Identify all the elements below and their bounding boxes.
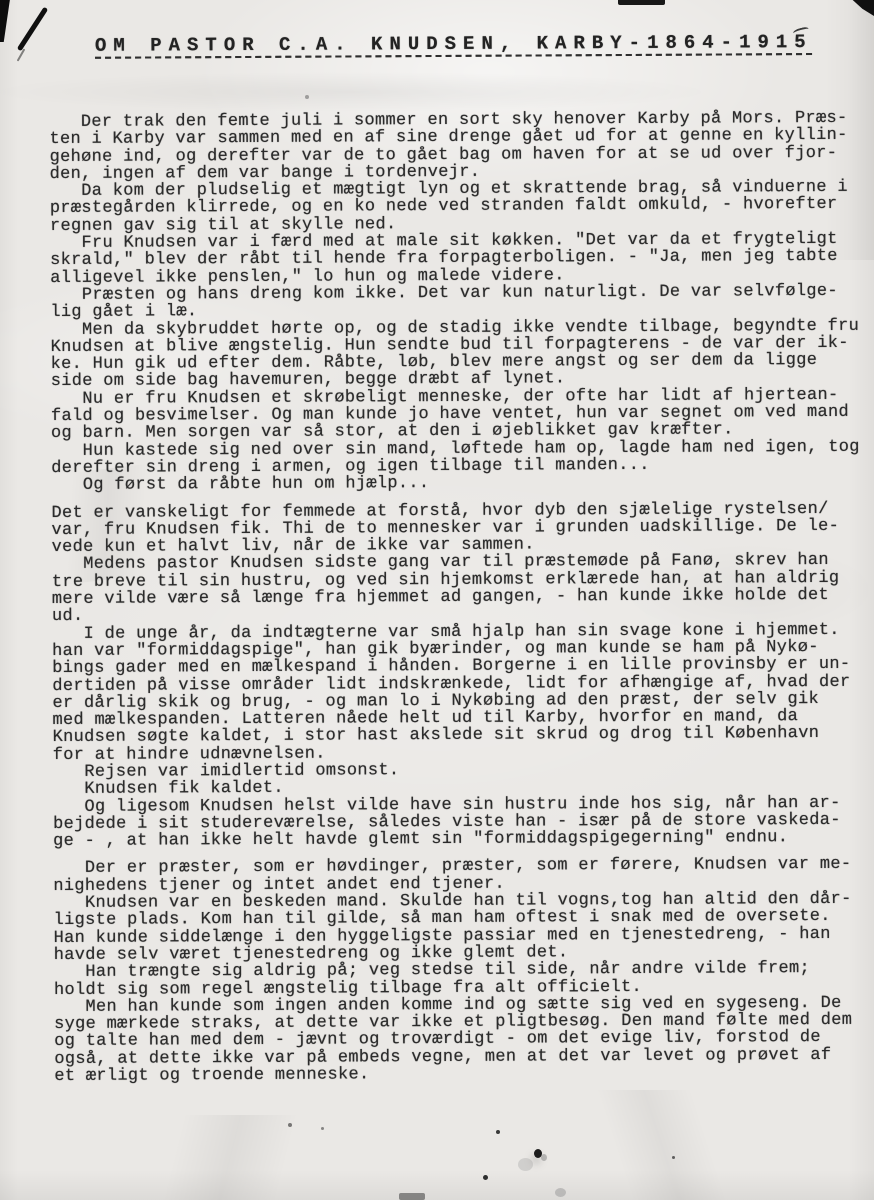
- paragraph: Men han kunde som ingen anden komme ind …: [54, 995, 874, 1086]
- paragraph: Det er vanskeligt for femmede at forstå,…: [51, 500, 874, 556]
- paragraph: Medens pastor Knudsen sidste gang var ti…: [52, 552, 874, 626]
- paragraph: Der trak den femte juli i sommer en sort…: [49, 110, 874, 184]
- paragraph: Der er præster, som er høvdinger, præste…: [53, 856, 874, 895]
- document-body: Der trak den femte juli i sommer en sort…: [49, 110, 874, 1086]
- paragraph: Og ligesom Knudsen helst vilde have sin …: [53, 794, 874, 850]
- paragraph: I de unge år, da indtægterne var små hja…: [52, 621, 874, 764]
- paragraph: Han trængte sig aldrig på; veg stedse ti…: [54, 960, 874, 999]
- paragraph: Da kom der pludselig et mægtigt lyn og e…: [50, 179, 874, 235]
- paragraph: Præsten og hans dreng kom ikke. Det var …: [50, 283, 874, 322]
- paragraph: Knudsen var en beskeden mand. Skulde han…: [53, 891, 874, 965]
- paragraph: Nu er fru Knudsen et skrøbeligt menneske…: [51, 386, 874, 442]
- paragraph: Men da skybruddet hørte op, og de stadig…: [50, 317, 874, 391]
- typed-content: OM PASTOR C.A. KNUDSEN, KARBY-1864-1915 …: [0, 0, 874, 1200]
- page-title: OM PASTOR C.A. KNUDSEN, KARBY-1864-1915: [95, 31, 813, 57]
- paragraph: Hun kastede sig ned over sin mand, løfte…: [51, 438, 874, 477]
- paragraph: Fru Knudsen var i færd med at male sit k…: [50, 231, 874, 287]
- paragraph: Og først da råbte hun om hjælp...: [51, 473, 874, 495]
- scanned-document-page: OM PASTOR C.A. KNUDSEN, KARBY-1864-1915 …: [0, 0, 874, 1200]
